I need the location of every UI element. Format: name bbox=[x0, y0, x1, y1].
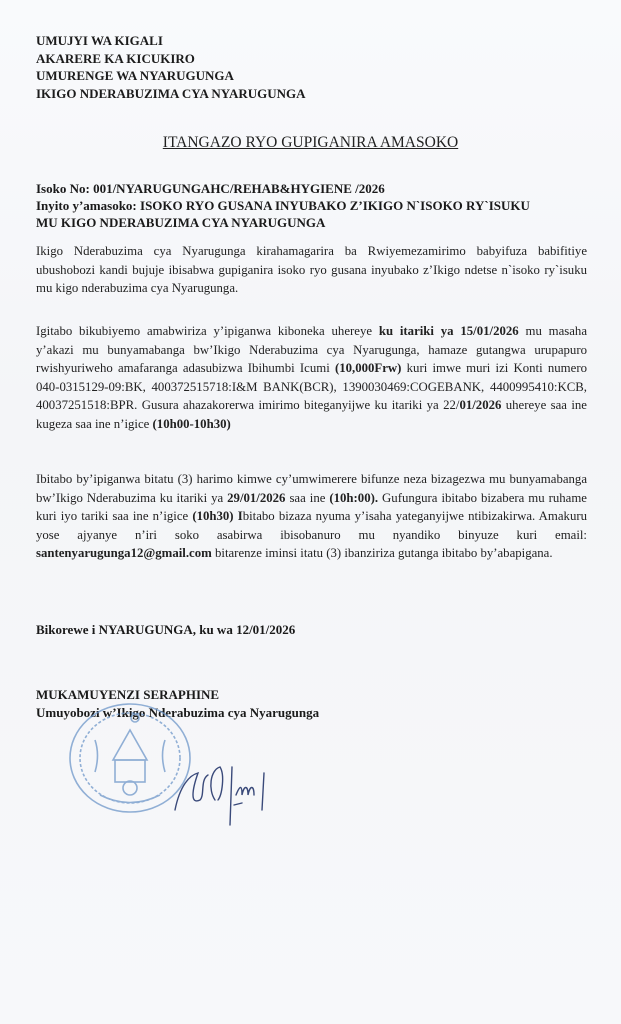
submission-time: (10h:00). bbox=[329, 491, 378, 505]
document-title: ITANGAZO RYO GUPIGANIRA AMASOKO bbox=[0, 134, 621, 152]
tender-reference: Isoko No: 001/NYARUGUNGAHC/REHAB&HYGIENE… bbox=[36, 180, 596, 231]
letterhead-sector: UMURENGE WA NYARUGUNGA bbox=[36, 67, 306, 85]
tender-subject-line-2: MU KIGO NDERABUZIMA CYA NYARUGUNGA bbox=[36, 214, 596, 231]
opening-time: (10h30) bbox=[192, 509, 233, 523]
paragraph-submission: Ibitabo by’ipiganwa bitatu (3) harimo ki… bbox=[36, 470, 587, 563]
signature-icon bbox=[170, 745, 290, 835]
tender-subject-line-1: Inyito y’amasoko: ISOKO RYO GUSANA INYUB… bbox=[36, 197, 596, 214]
place-and-date: Bikorewe i NYARUGUNGA, ku wa 12/01/2026 bbox=[36, 622, 295, 638]
availability-date: ku itariki ya 15/01/2026 bbox=[379, 324, 519, 338]
tender-number: Isoko No: 001/NYARUGUNGAHC/REHAB&HYGIENE… bbox=[36, 180, 596, 197]
submission-date: 29/01/2026 bbox=[227, 491, 285, 505]
paragraph-invitation: Ikigo Nderabuzima cya Nyarugunga kiraham… bbox=[36, 242, 587, 298]
letterhead-district: AKARERE KA KICUKIRO bbox=[36, 50, 306, 68]
letterhead-city: UMUJYI WA KIGALI bbox=[36, 32, 306, 50]
contact-email[interactable]: santenyarugunga12@gmail.com bbox=[36, 546, 212, 560]
site-visit-time: (10h00-10h30) bbox=[153, 417, 231, 431]
letterhead: UMUJYI WA KIGALI AKARERE KA KICUKIRO UMU… bbox=[36, 32, 306, 102]
document-page: UMUJYI WA KIGALI AKARERE KA KICUKIRO UMU… bbox=[0, 0, 621, 1024]
letterhead-health-center: IKIGO NDERABUZIMA CYA NYARUGUNGA bbox=[36, 85, 306, 103]
paragraph-bidding-document: Igitabo bikubiyemo amabwiriza y’ipiganwa… bbox=[36, 322, 587, 434]
fee-amount: (10,000Frw) bbox=[335, 361, 401, 375]
